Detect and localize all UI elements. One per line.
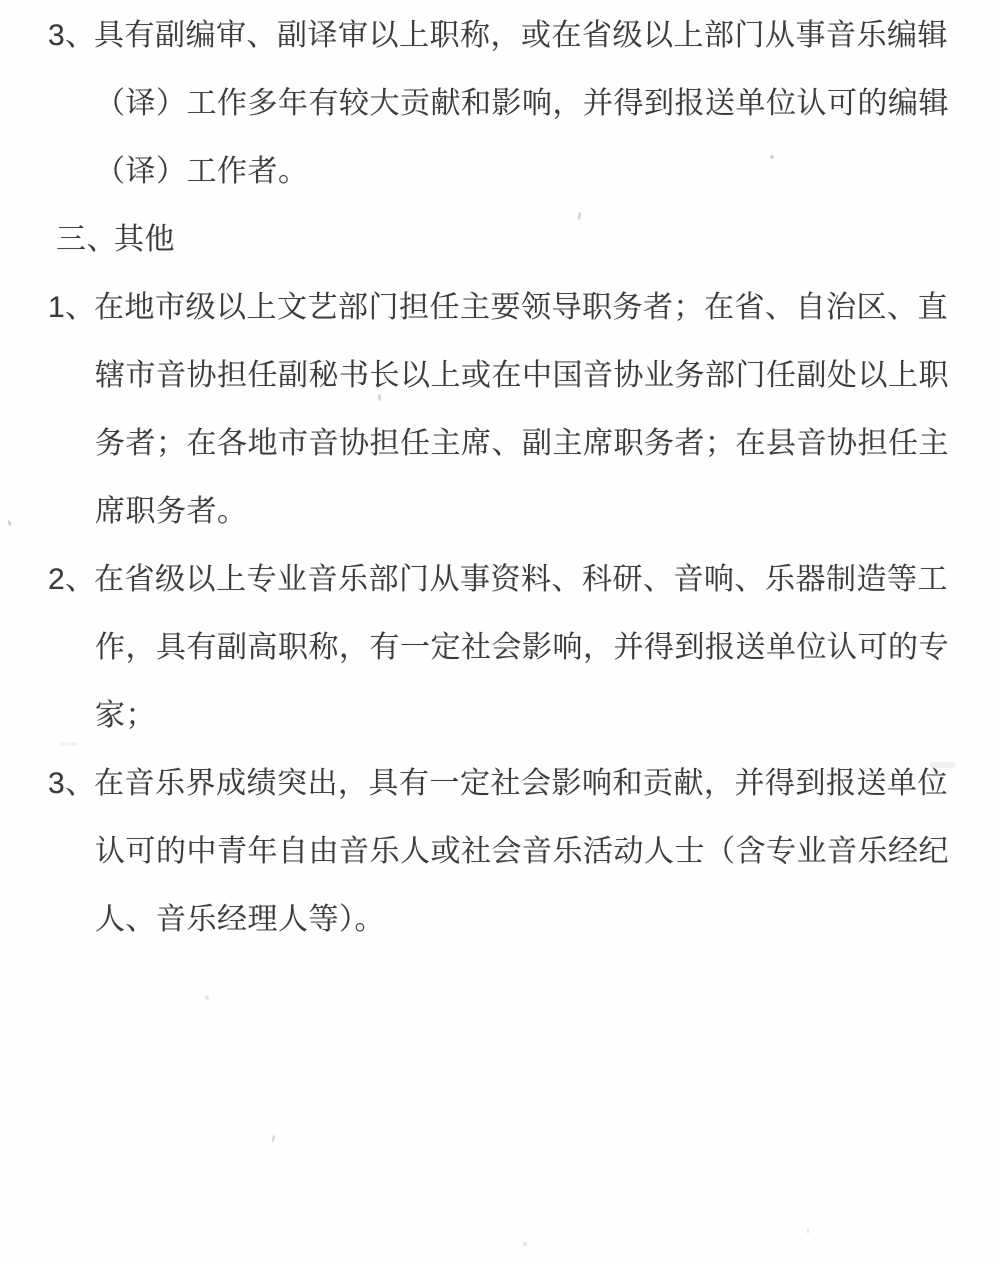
list-item-line: 务者；在各地市音协担任主席、副主席职务者；在县音协担任主 bbox=[48, 410, 950, 478]
scan-speck bbox=[205, 995, 209, 1000]
scan-speck bbox=[807, 1228, 809, 1234]
scanned-document-page: 3、具有副编审、副译审以上职称，或在省级以上部门从事音乐编辑 （译）工作多年有较… bbox=[0, 0, 1000, 1264]
scan-speck bbox=[930, 762, 956, 768]
list-item: 3、在音乐界成绩突出，具有一定社会影响和贡献，并得到报送单位 认可的中青年自由音… bbox=[48, 750, 950, 954]
list-item-marker: 1、 bbox=[48, 274, 94, 342]
list-item-line: 3、具有副编审、副译审以上职称，或在省级以上部门从事音乐编辑 bbox=[48, 2, 950, 70]
section-heading-line: 三、其他 bbox=[48, 206, 950, 274]
scan-speck bbox=[271, 1135, 276, 1143]
list-item-line: （译）工作者。 bbox=[48, 138, 950, 206]
section-heading: 三、其他 bbox=[48, 206, 950, 274]
list-item-text: 具有副编审、副译审以上职称，或在省级以上部门从事音乐编辑 bbox=[94, 19, 948, 52]
list-item-line: 席职务者。 bbox=[48, 478, 950, 546]
list-item-line: 3、在音乐界成绩突出，具有一定社会影响和贡献，并得到报送单位 bbox=[48, 750, 950, 818]
section-heading-text: 其他 bbox=[114, 223, 175, 256]
section-heading-marker: 三、 bbox=[56, 206, 114, 274]
scan-speck bbox=[770, 155, 774, 159]
list-item-marker: 3、 bbox=[48, 2, 94, 70]
list-item: 2、在省级以上专业音乐部门从事资料、科研、音响、乐器制造等工 作，具有副高职称，… bbox=[48, 546, 950, 750]
list-item-line: 作，具有副高职称，有一定社会影响，并得到报送单位认可的专 bbox=[48, 614, 950, 682]
list-item-marker: 2、 bbox=[48, 546, 94, 614]
scan-speck bbox=[60, 742, 78, 746]
list-item-line: 认可的中青年自由音乐人或社会音乐活动人士（含专业音乐经纪 bbox=[48, 818, 950, 886]
list-item-text: 在省级以上专业音乐部门从事资料、科研、音响、乐器制造等工 bbox=[94, 563, 948, 596]
list-item-text: 在地市级以上文艺部门担任主要领导职务者；在省、自治区、直 bbox=[94, 291, 948, 324]
list-item: 1、在地市级以上文艺部门担任主要领导职务者；在省、自治区、直 辖市音协担任副秘书… bbox=[48, 274, 950, 546]
list-item-text: 在音乐界成绩突出，具有一定社会影响和贡献，并得到报送单位 bbox=[94, 767, 948, 800]
document-body: 3、具有副编审、副译审以上职称，或在省级以上部门从事音乐编辑 （译）工作多年有较… bbox=[48, 2, 950, 954]
scan-speck bbox=[7, 520, 12, 527]
scan-speck bbox=[378, 394, 381, 401]
list-item-line: 家； bbox=[48, 682, 950, 750]
list-item-line: 1、在地市级以上文艺部门担任主要领导职务者；在省、自治区、直 bbox=[48, 274, 950, 342]
list-item-marker: 3、 bbox=[48, 750, 94, 818]
scan-speck bbox=[523, 1242, 527, 1246]
list-item-line: 人、音乐经理人等）。 bbox=[48, 886, 950, 954]
list-item-line: 辖市音协担任副秘书长以上或在中国音协业务部门任副处以上职 bbox=[48, 342, 950, 410]
list-item-line: （译）工作多年有较大贡献和影响，并得到报送单位认可的编辑 bbox=[48, 70, 950, 138]
list-item-line: 2、在省级以上专业音乐部门从事资料、科研、音响、乐器制造等工 bbox=[48, 546, 950, 614]
list-item: 3、具有副编审、副译审以上职称，或在省级以上部门从事音乐编辑 （译）工作多年有较… bbox=[48, 2, 950, 206]
